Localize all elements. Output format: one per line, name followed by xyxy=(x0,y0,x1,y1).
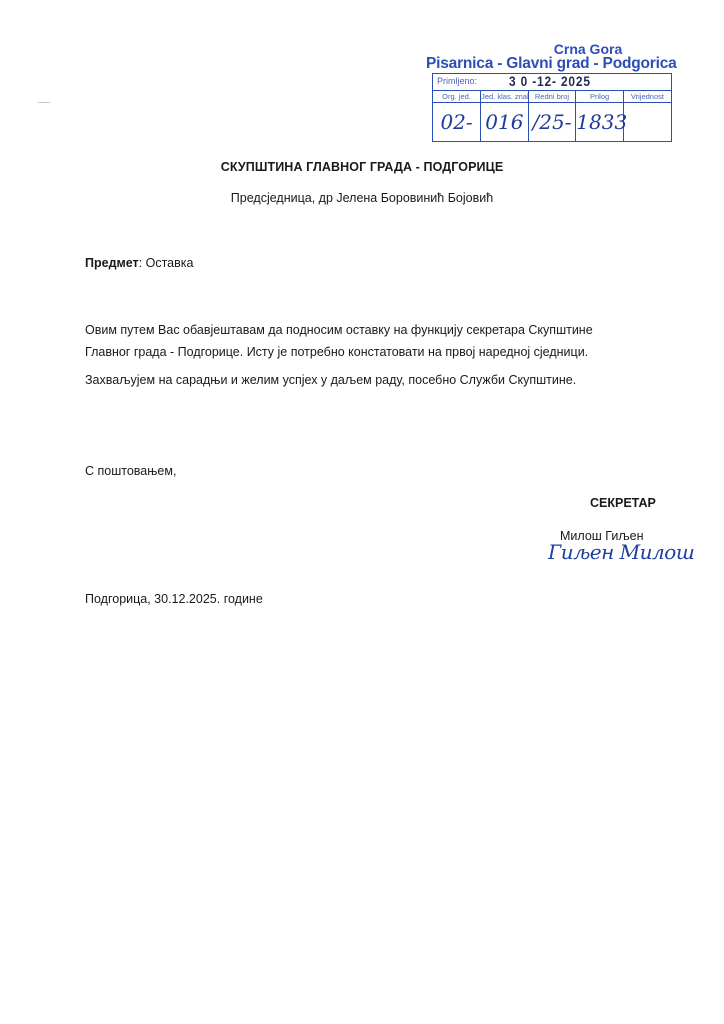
stamp-box: Primljeno: 3 0 -12- 2025 Org. jed. Jed. … xyxy=(432,73,672,142)
stamp-val-class-code: 016 xyxy=(481,103,529,142)
stamp-val-serial-number: /25- xyxy=(528,103,576,142)
registry-stamp: Crna Gora Pisarnica - Glavni grad - Podg… xyxy=(432,42,674,142)
stamp-val-value xyxy=(623,103,671,142)
salutation: С поштовањем, xyxy=(85,464,176,478)
stamp-col-attachment: Prilog xyxy=(576,91,624,103)
addressee: Предсједница, др Јелена Боровинић Бојови… xyxy=(0,191,724,205)
subject-value: : Оставка xyxy=(139,256,194,270)
place-and-date: Подгорица, 30.12.2025. године xyxy=(85,592,263,606)
body-paragraph-2: Захваљујем на сарадњи и желим успјех у д… xyxy=(85,369,685,391)
subject-line: Предмет: Оставка xyxy=(85,256,193,270)
stamp-val-org-unit: 02- xyxy=(433,103,481,142)
stamp-country: Crna Gora xyxy=(432,42,674,56)
stamp-col-serial-number: Redni broj xyxy=(528,91,576,103)
stamp-col-org-unit: Org. jed. xyxy=(433,91,481,103)
body-paragraph-1-line-1: Овим путем Вас обавјештавам да подносим … xyxy=(85,319,685,341)
stamp-col-class-code: Jed. klas. znak xyxy=(481,91,529,103)
stamp-table: Org. jed. Jed. klas. znak Redni broj Pri… xyxy=(433,91,671,141)
scan-mark xyxy=(38,102,50,103)
body-paragraph-1-line-2: Главног града - Подгорице. Исту је потре… xyxy=(85,341,685,363)
subject-label: Предмет xyxy=(85,256,139,270)
stamp-val-attachment: 1833 xyxy=(576,103,624,142)
body-paragraph-1: Овим путем Вас обавјештавам да подносим … xyxy=(85,319,685,363)
stamp-col-value: Vrijednost xyxy=(623,91,671,103)
handwritten-signature: Гиљен Милош xyxy=(548,540,694,564)
document-title: СКУПШТИНА ГЛАВНОГ ГРАДА - ПОДГОРИЦЕ xyxy=(0,160,724,174)
stamp-office: Pisarnica - Glavni grad - Podgorica xyxy=(426,56,674,72)
stamp-received-label: Primljeno: xyxy=(437,76,477,86)
stamp-received-date: 3 0 -12- 2025 xyxy=(509,73,591,89)
signer-role: СЕКРЕТАР xyxy=(590,496,656,510)
document-page: Crna Gora Pisarnica - Glavni grad - Podg… xyxy=(0,0,724,1024)
stamp-received-row: Primljeno: 3 0 -12- 2025 xyxy=(433,74,671,91)
